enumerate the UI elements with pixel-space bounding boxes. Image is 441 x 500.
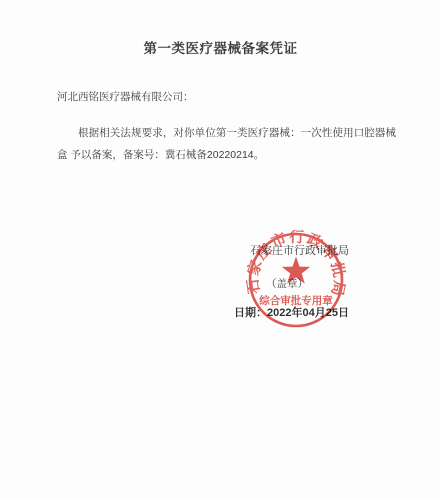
certificate-page: 第一类医疗器械备案凭证 河北西铭医疗器械有限公司： 根据相关法规要求，对你单位第… xyxy=(0,0,441,500)
document-title: 第一类医疗器械备案凭证 xyxy=(0,37,441,57)
stamp-here-note: （盖章） xyxy=(266,278,308,290)
issuer-authority-name: 石家庄市行政审批局 xyxy=(250,245,349,258)
certificate-body-text: 根据相关法规要求，对你单位第一类医疗器械：一次性使用口腔器械盒 予以备案，备案号… xyxy=(57,123,396,166)
recipient-company-line: 河北西铭医疗器械有限公司： xyxy=(57,90,194,104)
issue-date: 日期：2022年04月25日 xyxy=(234,306,349,320)
